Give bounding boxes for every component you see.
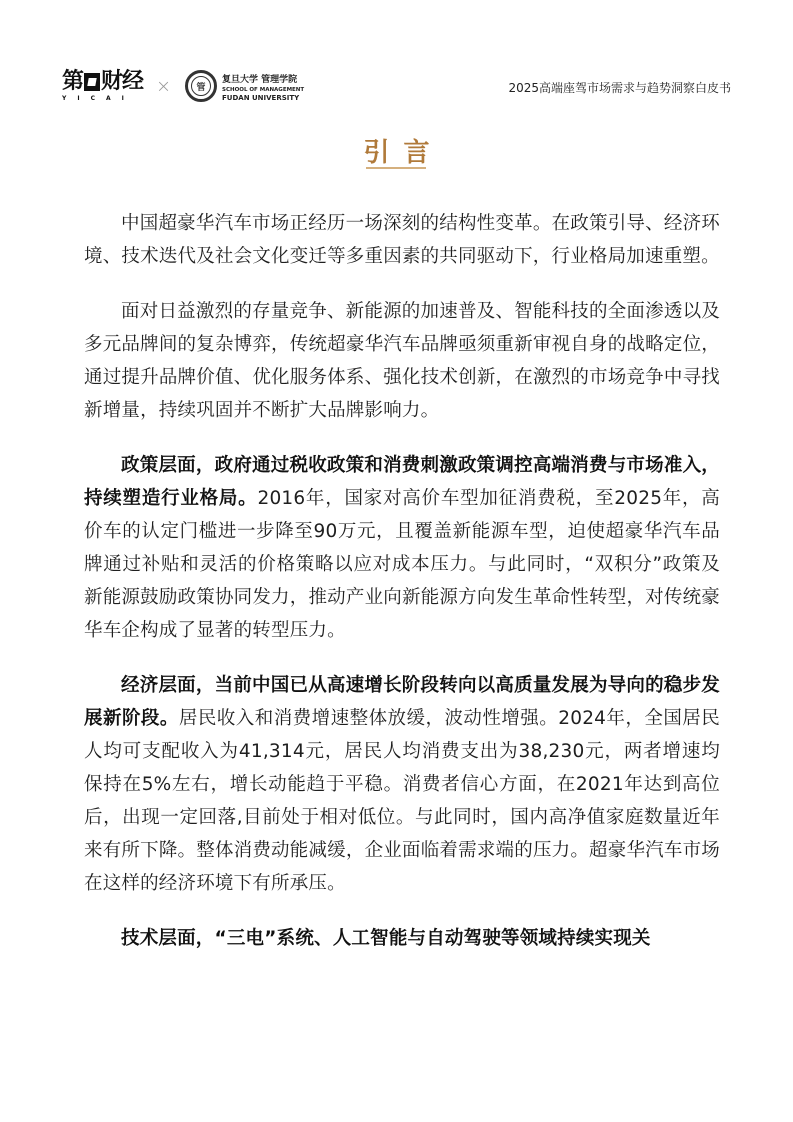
paragraph-intro: 中国超豪华汽车市场正经历一场深刻的结构性变革。在政策引导、经济环境、技术迭代及社… xyxy=(84,207,720,273)
paragraph-economy: 经济层面，当前中国已从高速增长阶段转向以高质量发展为导向的稳步发展新阶段。居民收… xyxy=(84,669,720,900)
fudan-logo-cn: 复旦大学 管理学院 xyxy=(222,72,304,85)
section-title-text: 引言 xyxy=(349,138,443,168)
fudan-seal-inner: 管 xyxy=(191,76,211,96)
document-title: 2025高端座驾市场需求与趋势洞察白皮书 xyxy=(508,79,731,96)
section-heading: 引言 xyxy=(0,132,793,169)
paragraph-text: 居民收入和消费增速整体放缓，波动性增强。2024年，全国居民人均可支配收入为41… xyxy=(84,708,720,894)
fudan-logo-en-line1: SCHOOL OF MANAGEMENT xyxy=(222,87,304,94)
fudan-logo-text: 复旦大学 管理学院 SCHOOL OF MANAGEMENT FUDAN UNI… xyxy=(222,72,304,102)
section-title-underline xyxy=(366,167,426,169)
paragraph-policy: 政策层面，政府通过税收政策和消费刺激政策调控高端消费与市场准入，持续塑造行业格局… xyxy=(84,449,720,647)
page-header: 第财经 YICAI × 管 复旦大学 管理学院 SCHOOL OF MANAGE… xyxy=(0,0,793,110)
paragraph-technology: 技术层面，“三电”系统、人工智能与自动驾驶等领域持续实现关 xyxy=(84,922,720,955)
yicai-logo-en: YICAI xyxy=(62,95,144,102)
fudan-seal-icon: 管 xyxy=(185,70,217,102)
fudan-logo-en-line2: FUDAN UNIVERSITY xyxy=(222,94,304,102)
yicai-logo: 第财经 YICAI xyxy=(62,70,144,104)
paragraph-lead: 技术层面，“三电”系统、人工智能与自动驾驶等领域持续实现关 xyxy=(121,928,651,949)
body-content: 中国超豪华汽车市场正经历一场深刻的结构性变革。在政策引导、经济环境、技术迭代及社… xyxy=(84,207,720,977)
paragraph-text: 2016年，国家对高价车型加征消费税，至2025年，高价车的认定门槛进一步降至9… xyxy=(84,488,720,641)
yicai-logo-char: 第 xyxy=(62,70,83,94)
collaboration-separator: × xyxy=(156,76,171,97)
paragraph-competition: 面对日益激烈的存量竞争、新能源的加速普及、智能科技的全面渗透以及多元品牌间的复杂… xyxy=(84,295,720,427)
paragraph-text: 面对日益激烈的存量竞争、新能源的加速普及、智能科技的全面渗透以及多元品牌间的复杂… xyxy=(84,301,720,421)
yicai-logo-chars: 财经 xyxy=(101,70,143,94)
yicai-logo-box-icon xyxy=(84,73,100,91)
paragraph-text: 中国超豪华汽车市场正经历一场深刻的结构性变革。在政策引导、经济环境、技术迭代及社… xyxy=(84,213,720,267)
